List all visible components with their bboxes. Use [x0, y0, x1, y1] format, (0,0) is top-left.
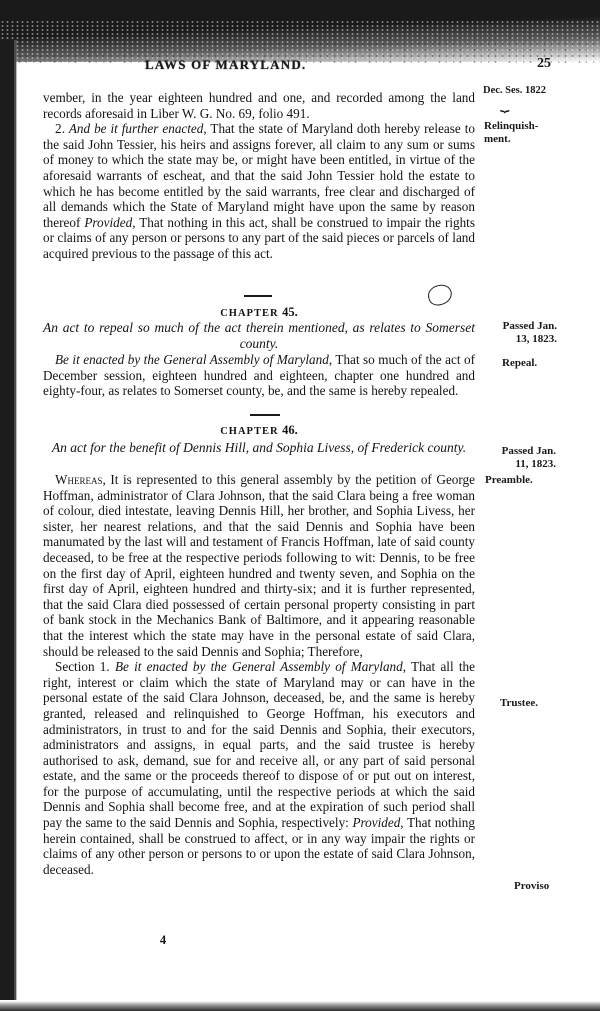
brace-mark: ⏟: [500, 99, 510, 109]
margin-note-relinquishment: Relinquish- ment.: [484, 120, 538, 145]
section-divider: [244, 295, 272, 297]
chapter-46-body: Whereas, It is represented to this gener…: [43, 472, 475, 877]
chapter-46-heading: CHAPTER 46.: [43, 423, 475, 438]
provided-clause: Provided: [84, 215, 132, 230]
section-1-paragraph: Section 1. Be it enacted by the General …: [43, 659, 475, 877]
margin-note-preamble: Preamble.: [485, 474, 533, 487]
margin-note-session: Dec. Ses. 1822: [483, 85, 546, 98]
margin-note-ch45-passed: Passed Jan. 13, 1823.: [489, 320, 557, 345]
whereas-word: Whereas: [55, 472, 102, 487]
enacting-clause: Be it enacted by the General Assembly of…: [55, 352, 329, 367]
chapter-46-title: An act for the benefit of Dennis Hill, a…: [43, 440, 475, 456]
enacting-clause: And be it further enacted: [69, 121, 204, 136]
signature-mark: 4: [43, 933, 283, 948]
scan-left-border: [0, 40, 16, 1000]
chapter-45-heading: CHAPTER 45.: [43, 305, 475, 320]
margin-note-proviso: Proviso: [514, 880, 549, 893]
chapter-45-paragraph: Be it enacted by the General Assembly of…: [43, 352, 475, 399]
section-divider: [250, 414, 280, 416]
running-head: LAWS OF MARYLAND.: [145, 57, 306, 73]
scan-bottom-edge: [0, 1001, 600, 1011]
margin-note-ch46-passed: Passed Jan. 11, 1823.: [486, 445, 556, 470]
preamble-paragraph: Whereas, It is represented to this gener…: [43, 472, 475, 659]
provided-clause: Provided: [352, 815, 400, 830]
handwritten-mark: [426, 282, 454, 308]
margin-note-trustee: Trustee.: [500, 697, 538, 710]
opening-paragraph: vember, in the year eighteen hundred and…: [43, 90, 475, 121]
chapter-45-title: An act to repeal so much of the act ther…: [43, 320, 475, 351]
scan-top-shadow: [0, 0, 600, 62]
enacting-clause: Be it enacted by the General Assembly of…: [115, 659, 403, 674]
chapter-45-body: Be it enacted by the General Assembly of…: [43, 352, 475, 399]
page-number: 25: [537, 56, 551, 72]
continuation-text: vember, in the year eighteen hundred and…: [43, 90, 475, 262]
margin-note-repeal: Repeal.: [502, 357, 537, 370]
section-2-paragraph: 2. And be it further enacted, That the s…: [43, 121, 475, 261]
